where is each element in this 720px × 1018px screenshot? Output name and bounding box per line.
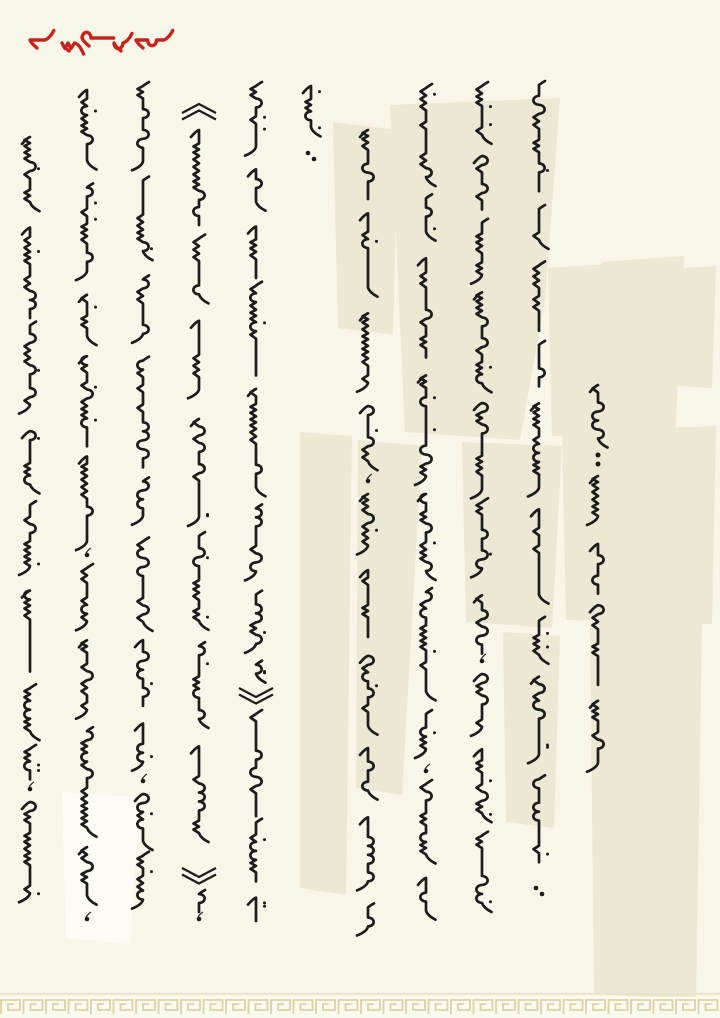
article-page	[0, 0, 720, 1018]
mongolian-article-canvas	[0, 0, 720, 1018]
